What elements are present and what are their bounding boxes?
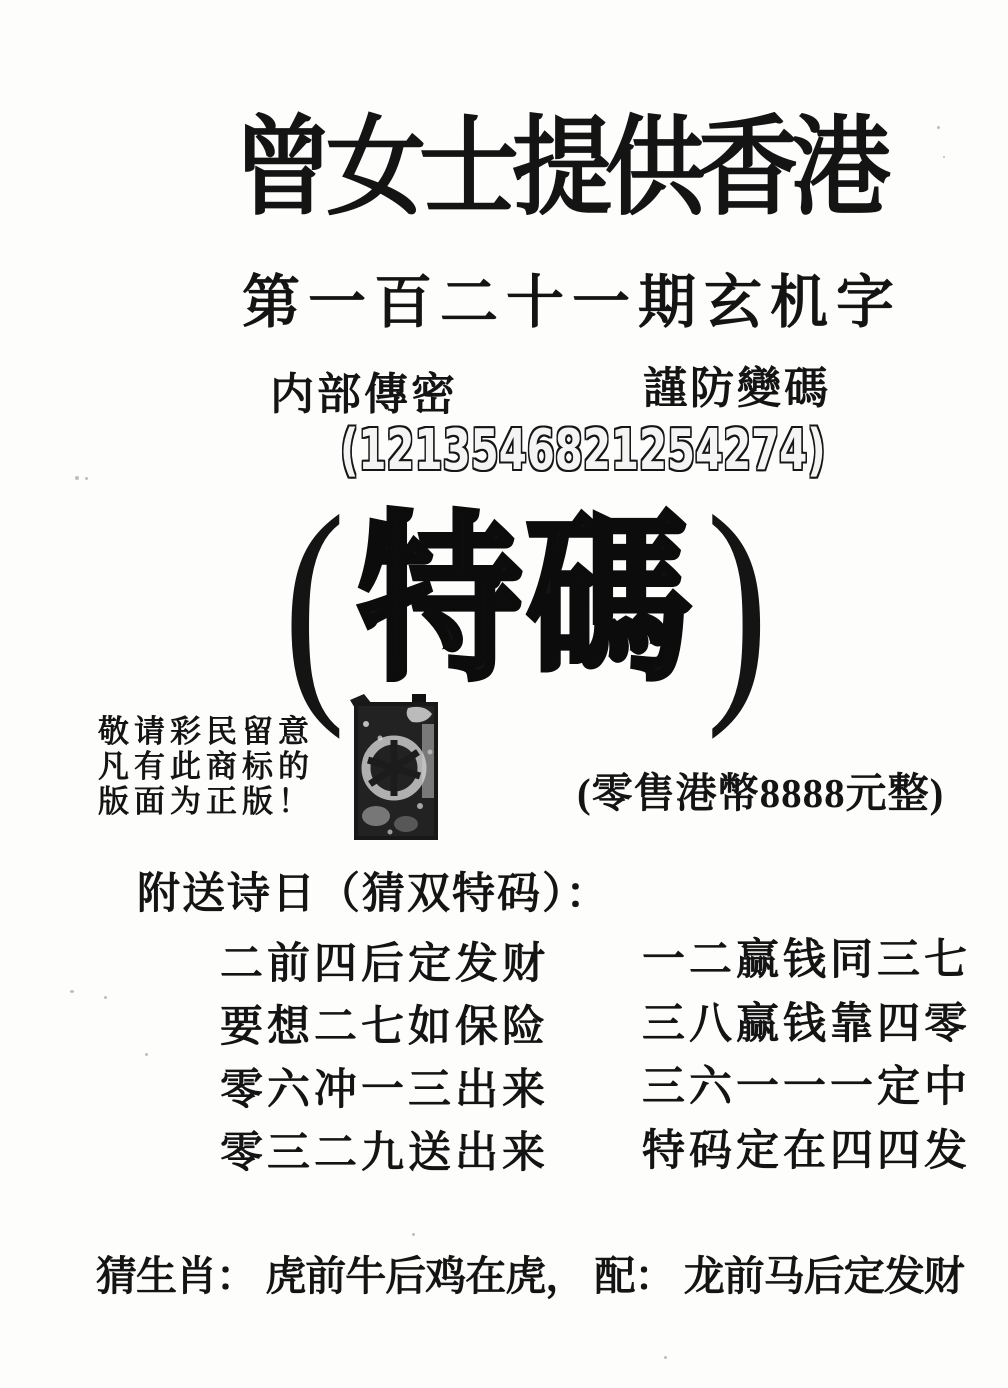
scan-speckle bbox=[75, 476, 79, 480]
retail-price-line: (零售港幣8888元整) bbox=[577, 760, 944, 819]
scan-speckle bbox=[664, 1356, 667, 1359]
notice-line: 版面为正版！ bbox=[98, 784, 314, 819]
special-code-banner: ( 特碼 ) bbox=[278, 498, 774, 708]
poem-right-line-3: 三六一一一定中 bbox=[642, 1053, 971, 1114]
notice-line: 敬请彩民留意 bbox=[98, 714, 314, 749]
scan-speckle bbox=[943, 156, 945, 158]
scan-speckle bbox=[937, 126, 940, 129]
scan-speckle bbox=[104, 996, 107, 999]
internal-secret-label: 内部傳密 bbox=[270, 358, 458, 422]
poem-left-line-4: 零三二九送出来 bbox=[220, 1119, 549, 1180]
poem-left-line-1: 二前四后定发财 bbox=[220, 930, 549, 991]
scan-speckle bbox=[70, 990, 74, 993]
issue-heading: 第一百二十一期玄机字 bbox=[242, 268, 902, 338]
scan-speckle bbox=[85, 477, 88, 480]
notice-line: 凡有此商标的 bbox=[98, 749, 314, 784]
trademark-seal-icon bbox=[350, 694, 442, 844]
poem-right-line-1: 一二赢钱同三七 bbox=[642, 926, 971, 987]
scanned-lottery-tip-sheet: 曾女士提供香港 第一百二十一期玄机字 内部傳密 謹防變碼 (1213546821… bbox=[0, 0, 1008, 1388]
poem-left-line-3: 零六冲一三出来 bbox=[220, 1056, 549, 1117]
authenticity-notice: 敬请彩民留意 凡有此商标的 版面为正版！ bbox=[98, 714, 314, 819]
page-title: 曾女士提供香港 bbox=[233, 88, 884, 250]
scan-speckle bbox=[145, 1053, 148, 1056]
scan-speckle bbox=[412, 1233, 415, 1236]
beware-code-change-label: 謹防變碼 bbox=[643, 352, 831, 416]
poem-right-line-2: 三八赢钱靠四零 bbox=[642, 990, 971, 1051]
poem-right-line-4: 特码定在四四发 bbox=[642, 1117, 971, 1178]
poem-header: 附送诗日（猜双特码）： bbox=[137, 860, 611, 921]
poem-left-line-2: 要想二七如保险 bbox=[220, 993, 549, 1054]
zodiac-guess-line: 猜生肖： 虎前牛后鸡在虎， 配： 龙前马后定发财 bbox=[96, 1243, 964, 1302]
special-open-paren: ( bbox=[284, 504, 346, 702]
special-code-text: 特碼 bbox=[358, 513, 694, 693]
special-close-paren: ) bbox=[706, 504, 768, 702]
